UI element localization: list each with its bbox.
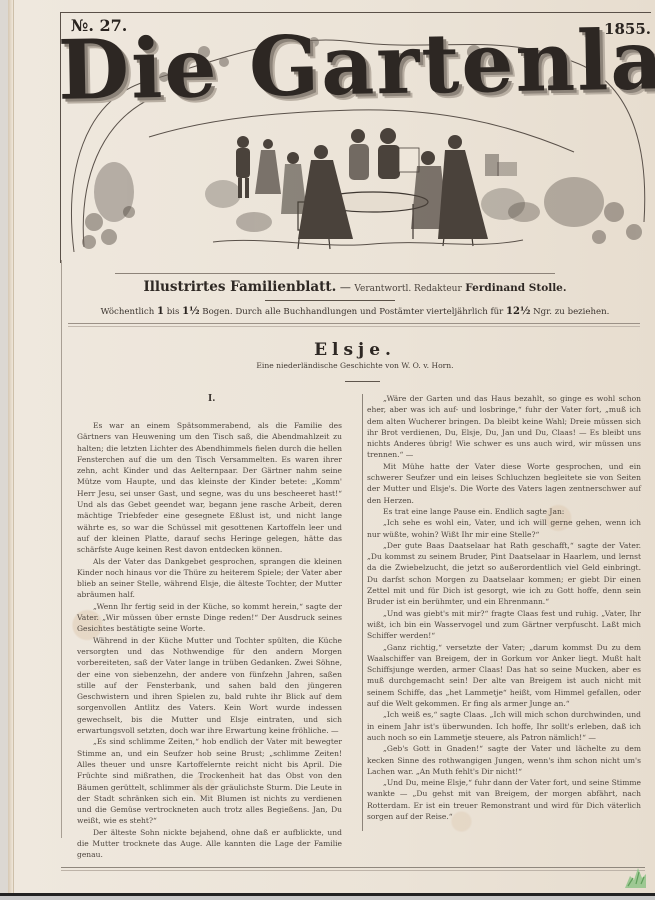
info-suffix: Ngr. zu beziehen. — [533, 307, 609, 317]
family-table-illustration-icon — [203, 114, 533, 254]
paragraph: „Ganz richtig,“ versetzte der Vater; „da… — [367, 642, 641, 710]
masthead-title: Die Gartenlaube — [57, 9, 655, 119]
paragraph: „Wäre der Garten und das Haus bezahlt, s… — [367, 393, 641, 461]
paragraph: „Geb's Gott in Gnaden!“ sagte der Vater … — [367, 743, 641, 777]
right-column: „Wäre der Garten und das Haus bezahlt, s… — [367, 393, 641, 822]
column-divider — [362, 394, 363, 831]
subtitle-rule-mid — [265, 300, 395, 301]
paragraph: Während in der Küche Mutter und Tochter … — [77, 635, 342, 737]
header-rule — [68, 323, 640, 324]
masthead: №. 27. 1855. Die Gartenlaube — [48, 4, 655, 264]
paragraph: „Ich sehe es wohl ein, Vater, und ich wi… — [367, 517, 641, 540]
info-num2: 1½ — [182, 306, 199, 317]
paragraph: „Wenn Ihr fertig seid in der Küche, so k… — [77, 601, 342, 635]
paragraph: „Es sind schlimme Zeiten,“ hob endlich d… — [77, 736, 342, 826]
page-frame-bottom — [61, 867, 645, 868]
story-subtitle: Eine niederländische Geschichte von W. O… — [60, 361, 650, 370]
subtitle-main: Illustrirtes Familienblatt. — [143, 279, 336, 295]
info-mid2: Bogen. Durch alle Buchhandlungen und Pos… — [202, 307, 503, 317]
torn-page-edge — [8, 0, 14, 893]
masthead-subtitle: Illustrirtes Familienblatt. — Verantwort… — [60, 279, 650, 295]
editor-name: Ferdinand Stolle. — [465, 282, 566, 294]
paragraph: „Und Du, meine Elsje,“ fuhr dann der Vat… — [367, 777, 641, 822]
paragraph: Es war an einem Spätsommerabend, als die… — [77, 420, 342, 556]
subtitle-rule-top — [115, 273, 555, 274]
info-price: 12½ — [506, 306, 530, 317]
scan-background-strip — [0, 896, 655, 900]
subscription-info: Wöchentlich 1 bis 1½ Bogen. Durch alle B… — [60, 306, 650, 317]
info-prefix: Wöchentlich — [101, 307, 155, 317]
green-stamp-logo-icon — [622, 862, 648, 890]
editor-label: Verantwortl. Redakteur — [354, 284, 461, 294]
chapter-number: I. — [208, 394, 215, 404]
story-title: Elsje. — [60, 340, 650, 360]
story-title-rule — [345, 381, 380, 382]
paragraph: Der älteste Sohn nickte bejahend, ohne d… — [77, 827, 342, 861]
header-rule-secondary — [68, 326, 640, 327]
paragraph: „Ich weiß es,“ sagte Claas. „Ich will mi… — [367, 709, 641, 743]
info-mid1: bis — [167, 307, 180, 317]
info-num1: 1 — [157, 306, 164, 317]
paragraph: „Und was giebt's mit mir?“ fragte Claas … — [367, 608, 641, 642]
paragraph: Als der Vater das Dankgebet gesprochen, … — [77, 556, 342, 601]
subtitle-dash: — — [340, 281, 351, 294]
page-frame-bottom-secondary — [61, 870, 645, 871]
paragraph: Mit Mühe hatte der Vater diese Worte ges… — [367, 461, 641, 506]
paragraph: „Der gute Baas Daatselaar hat Rath gesch… — [367, 540, 641, 608]
paragraph: Es trat eine lange Pause ein. Endlich sa… — [367, 506, 641, 517]
left-column: Es war an einem Spätsommerabend, als die… — [77, 420, 342, 861]
